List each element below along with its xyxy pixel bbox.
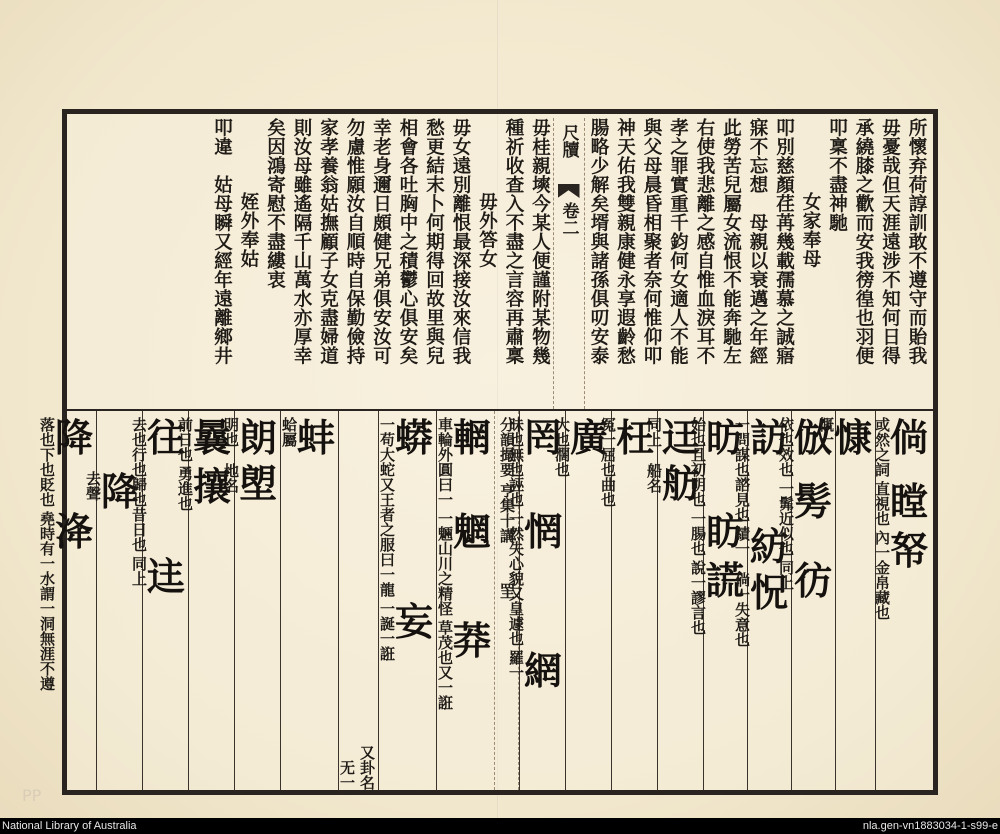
text-column: 毋女遠別離恨最深接汝來信我 (447, 118, 474, 409)
text-column: 承繞膝之歡而安我徬徨也羽便 (850, 118, 877, 409)
fold-section-title: 尺牘 (559, 124, 579, 158)
gloss: 一腸也 (690, 511, 706, 556)
text-column: 所懷弃荷諄訓敢不遵守而貽我 (903, 118, 930, 409)
text-column: 寐不忘想 母親以衰邁之年經 (744, 118, 771, 409)
gloss: 慨一 (818, 417, 834, 447)
headword: 魍 (453, 511, 491, 553)
gloss: 蛤屬 (281, 417, 297, 447)
text-column: 則汝母雖遙隔千山萬水亦厚幸 (288, 118, 315, 409)
text-column: 腸略少解矣壻與諸孫俱叨安泰 (585, 118, 612, 409)
fold-volume-label: 卷二 (559, 202, 579, 236)
text-column: 此勞苦兒屬女流恨不能奔馳左 (717, 118, 744, 409)
fold-column-upper: 尺牘 卷二 (553, 118, 585, 409)
gloss: 同上 (646, 417, 662, 447)
printed-frame: 所懷弃荷諄訓敢不遵守而貽我 毋憂哉但天涯遠涉不知何日得 承繞膝之歡而安我徬徨也羽… (62, 109, 938, 795)
dictionary-entry: 輞車輪外圓曰一 魍一魎山川之精怪 莽草茂也又一誑 (436, 411, 494, 790)
text-column: 毋桂親塽今某人便謹附某物幾 (526, 118, 553, 409)
gloss: 始也且初明也 (690, 417, 706, 507)
book-page-scan: PP 所懷弃荷諄訓敢不遵守而貽我 毋憂哉但天涯遠涉不知何日得 承繞膝之歡而安我徬… (0, 0, 1000, 818)
text-column: 叩別慈顏荏苒幾載孺慕之誠寤 (770, 118, 797, 409)
text-column: 愁更結末卜何期得回故里與兒 (420, 118, 447, 409)
gloss: 內一金帛藏也 (874, 530, 890, 620)
headword: 帑 (890, 530, 928, 572)
gloss: 勇進也 (177, 466, 193, 511)
text-column: 孝之罪實重千鈞何女適人不能 (664, 118, 691, 409)
dictionary-entry: 朗明也 塱地名 (234, 411, 280, 790)
gloss: 船名 (646, 463, 662, 493)
text-column: 右使我悲離之感自惟血淚耳不 (691, 118, 718, 409)
text-column: 叩稟不盡神馳 (823, 118, 850, 409)
headword: 蟒 (395, 417, 433, 459)
gloss: 同上 (778, 560, 794, 590)
headword: 瞠 (890, 481, 928, 523)
upper-register-letters: 所懷弃荷諄訓敢不遵守而貽我 毋憂哉但天涯遠涉不知何日得 承繞膝之歡而安我徬徨也羽… (67, 114, 933, 409)
footer-bar: National Library of Australia nla.gen-vn… (0, 818, 1000, 834)
gloss: 地名 (223, 463, 239, 493)
text-column: 神天佑我雙親康健永享遐齡愁 (611, 118, 638, 409)
footer-library-name: National Library of Australia (2, 818, 137, 834)
gloss: 又卦名 (359, 745, 375, 790)
text-column: 幸老身邇日頗健兄弟俱安汝可 (367, 118, 394, 409)
gloss: 一然失心貌又皇遽也 (508, 511, 524, 646)
text-column: 相會各吐胸中之積鬱心俱安矣 (394, 118, 421, 409)
gloss: 一髴近似也 (778, 481, 794, 556)
gloss: 去聲 (85, 471, 101, 501)
text-column: 勿慮惟願汝自順時自保勤儉持 (341, 118, 368, 409)
gloss: 前日也 (177, 417, 193, 462)
gloss: 績一 (734, 526, 750, 556)
gloss: 車輪外圓曰一 (437, 417, 453, 507)
text-column: 毋憂哉但天涯遠涉不知何日得 (876, 118, 903, 409)
gloss: 說一謬言也 (690, 560, 706, 635)
gloss: 昧也無也誣也 (508, 417, 524, 507)
headword: 蚌 (297, 417, 335, 459)
headword: 慷 (834, 417, 872, 459)
headword: 妄 (395, 601, 433, 643)
headword: 降 (55, 417, 93, 459)
text-column: 種祈收查入不盡之言容再肅稟 (500, 118, 527, 409)
gloss: 冤一屈也曲也 (600, 417, 616, 507)
gloss: 草茂也又一誑 (437, 620, 453, 710)
headword: 倘 (890, 417, 928, 459)
gloss: 落也下也貶也 (39, 417, 55, 507)
gloss: 同上 (131, 556, 147, 586)
dictionary-entry: 蟒一苟大蛇又王者之服曰一龍 妄一誕一誑 (378, 411, 436, 790)
dictionary-entry: 又卦名 无一 (338, 411, 378, 790)
gloss: 或然之詞 (874, 417, 890, 477)
gloss: 直視也 (874, 481, 890, 526)
gloss: 去也行也歸也昔日也 (131, 417, 147, 552)
fish-tail-mark-icon (558, 184, 580, 198)
text-column: 叩違 姑母瞬又經年遠離鄉井 (208, 118, 235, 409)
text-column: 矣因鴻寄慰不盡縷衷 (261, 118, 288, 409)
headword: 莽 (453, 620, 491, 662)
dictionary-entry: 慷慨一 (835, 411, 875, 790)
gloss: 大也濶也 (554, 417, 570, 477)
text-column: 與父母晨昏相聚者奈何惟仰叩 (638, 118, 665, 409)
gloss: 堯時有一水謂一洞無涯不遵 (39, 511, 55, 691)
headword: 輞 (453, 417, 491, 459)
footer-identifier: nla.gen-vn1883034-1-s99-e (863, 818, 998, 834)
gloss: 无一 (339, 760, 355, 790)
gloss: 明也 (223, 417, 239, 447)
text-column: 家孝養翁姑撫顧子女克盡婦道 (314, 118, 341, 409)
headword: 朗 (239, 417, 277, 459)
gloss: 一問謀也諮見也 (734, 417, 750, 522)
lower-register-dictionary: 倘或然之詞 瞠直視也 帑內一金帛藏也 慷慨一 倣依也效也 髣一髴近似也 彷同上 (67, 411, 933, 790)
gloss: 一魎山川之精怪 (437, 511, 453, 616)
dictionary-entry: 倘或然之詞 瞠直視也 帑內一金帛藏也 (875, 411, 931, 790)
gloss: 倘一失意也 (734, 572, 750, 647)
gloss: 依也效也 (778, 417, 794, 477)
gloss: 羅一 (508, 650, 524, 680)
gloss: 一苟大蛇又王者之服曰一龍 (379, 417, 395, 597)
gloss: 一誕一誑 (379, 601, 395, 661)
headword: 塱 (239, 463, 277, 505)
dictionary-entry: 蚌蛤屬 (280, 411, 338, 790)
